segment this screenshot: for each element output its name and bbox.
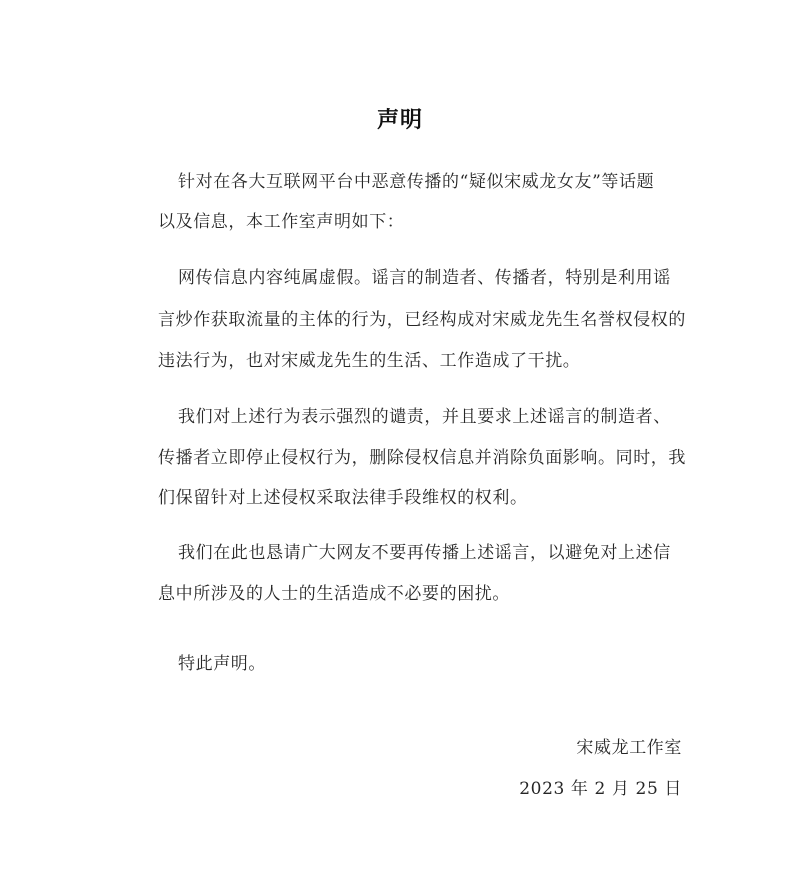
paragraph-line: 违法行为，也对宋威龙先生的生活、工作造成了干扰。: [158, 351, 580, 371]
paragraph-line: 我们对上述行为表示强烈的谴责，并且要求上述谣言的制造者、: [178, 407, 671, 427]
signature: 宋威龙工作室: [576, 738, 682, 758]
paragraph-line: 息中所涉及的人士的生活造成不必要的困扰。: [158, 584, 510, 604]
closing-text: 特此声明。: [178, 654, 266, 674]
paragraph-line: 网传信息内容纯属虚假。谣言的制造者、传播者，特别是利用谣: [178, 268, 671, 288]
document-title: 声明: [0, 103, 800, 134]
paragraph-line: 们保留针对上述侵权采取法律手段维权的权利。: [158, 488, 528, 508]
paragraph-line: 言炒作获取流量的主体的行为，已经构成对宋威龙先生名誉权侵权的: [158, 310, 686, 330]
paragraph-line: 针对在各大互联网平台中恶意传播的“疑似宋威龙女友”等话题: [178, 172, 654, 192]
paragraph-line: 传播者立即停止侵权行为，删除侵权信息并消除负面影响。同时，我: [158, 448, 686, 468]
paragraph-line: 我们在此也恳请广大网友不要再传播上述谣言，以避免对上述信: [178, 543, 671, 563]
date: 2023 年 2 月 25 日: [519, 779, 682, 799]
paragraph-line: 以及信息，本工作室声明如下：: [158, 212, 404, 232]
statement-document: 声明 针对在各大互联网平台中恶意传播的“疑似宋威龙女友”等话题 以及信息，本工作…: [0, 0, 800, 873]
